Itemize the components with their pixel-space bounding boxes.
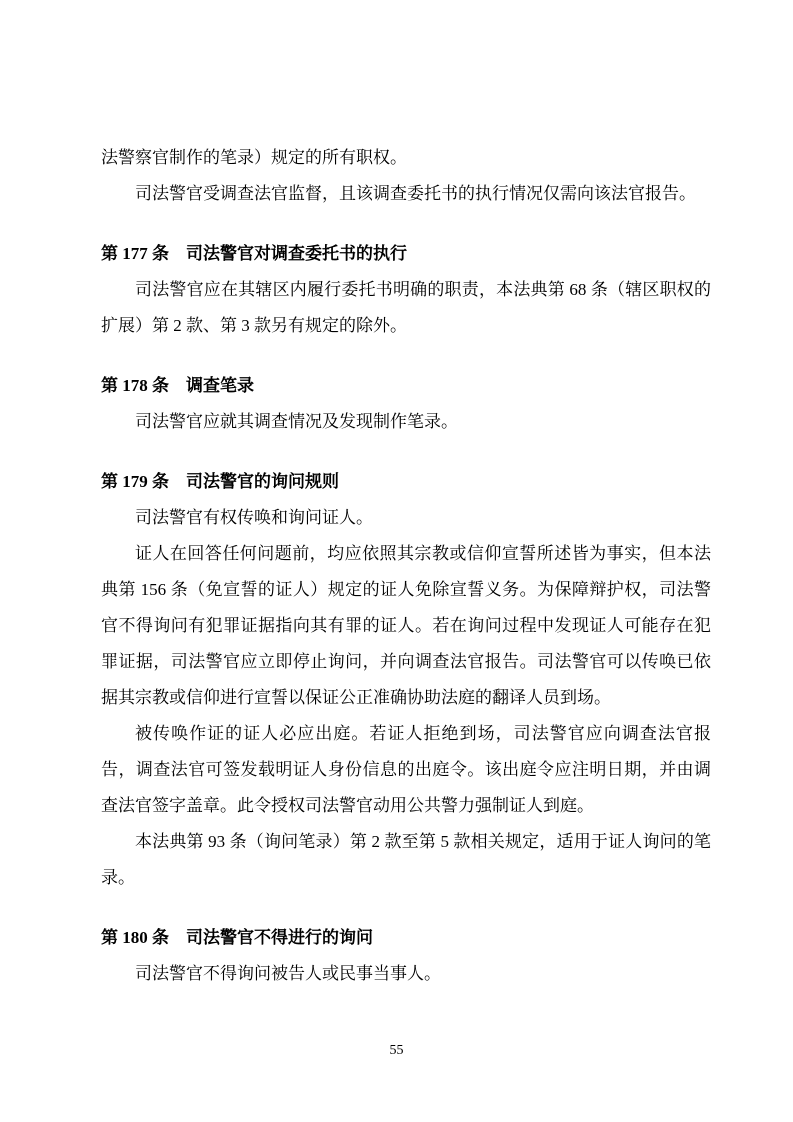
article-heading: 第 177 条 司法警官对调查委托书的执行 bbox=[101, 236, 711, 272]
document-body: 法警察官制作的笔录）规定的所有职权。司法警官受调查法官监督，且该调查委托书的执行… bbox=[101, 140, 711, 992]
article-heading: 第 180 条 司法警官不得进行的询问 bbox=[101, 920, 711, 956]
document-page: 法警察官制作的笔录）规定的所有职权。司法警官受调查法官监督，且该调查委托书的执行… bbox=[0, 0, 793, 1122]
paragraph: 司法警官应在其辖区内履行委托书明确的职责，本法典第 68 条（辖区职权的扩展）第… bbox=[101, 272, 711, 344]
paragraph: 法警察官制作的笔录）规定的所有职权。 bbox=[101, 140, 711, 176]
paragraph: 司法警官应就其调查情况及发现制作笔录。 bbox=[101, 404, 711, 440]
article-heading: 第 178 条 调查笔录 bbox=[101, 368, 711, 404]
paragraph: 本法典第 93 条（询问笔录）第 2 款至第 5 款相关规定，适用于证人询问的笔… bbox=[101, 824, 711, 896]
paragraph: 被传唤作证的证人必应出庭。若证人拒绝到场，司法警官应向调查法官报告，调查法官可签… bbox=[101, 716, 711, 824]
paragraph: 司法警官有权传唤和询问证人。 bbox=[101, 500, 711, 536]
article-heading: 第 179 条 司法警官的询问规则 bbox=[101, 464, 711, 500]
page-footer: 55 bbox=[0, 1042, 793, 1060]
paragraph: 司法警官受调查法官监督，且该调查委托书的执行情况仅需向该法官报告。 bbox=[101, 176, 711, 212]
page-number: 55 bbox=[390, 1043, 404, 1058]
paragraph: 证人在回答任何问题前，均应依照其宗教或信仰宣誓所述皆为事实，但本法典第 156 … bbox=[101, 536, 711, 716]
paragraph: 司法警官不得询问被告人或民事当事人。 bbox=[101, 956, 711, 992]
